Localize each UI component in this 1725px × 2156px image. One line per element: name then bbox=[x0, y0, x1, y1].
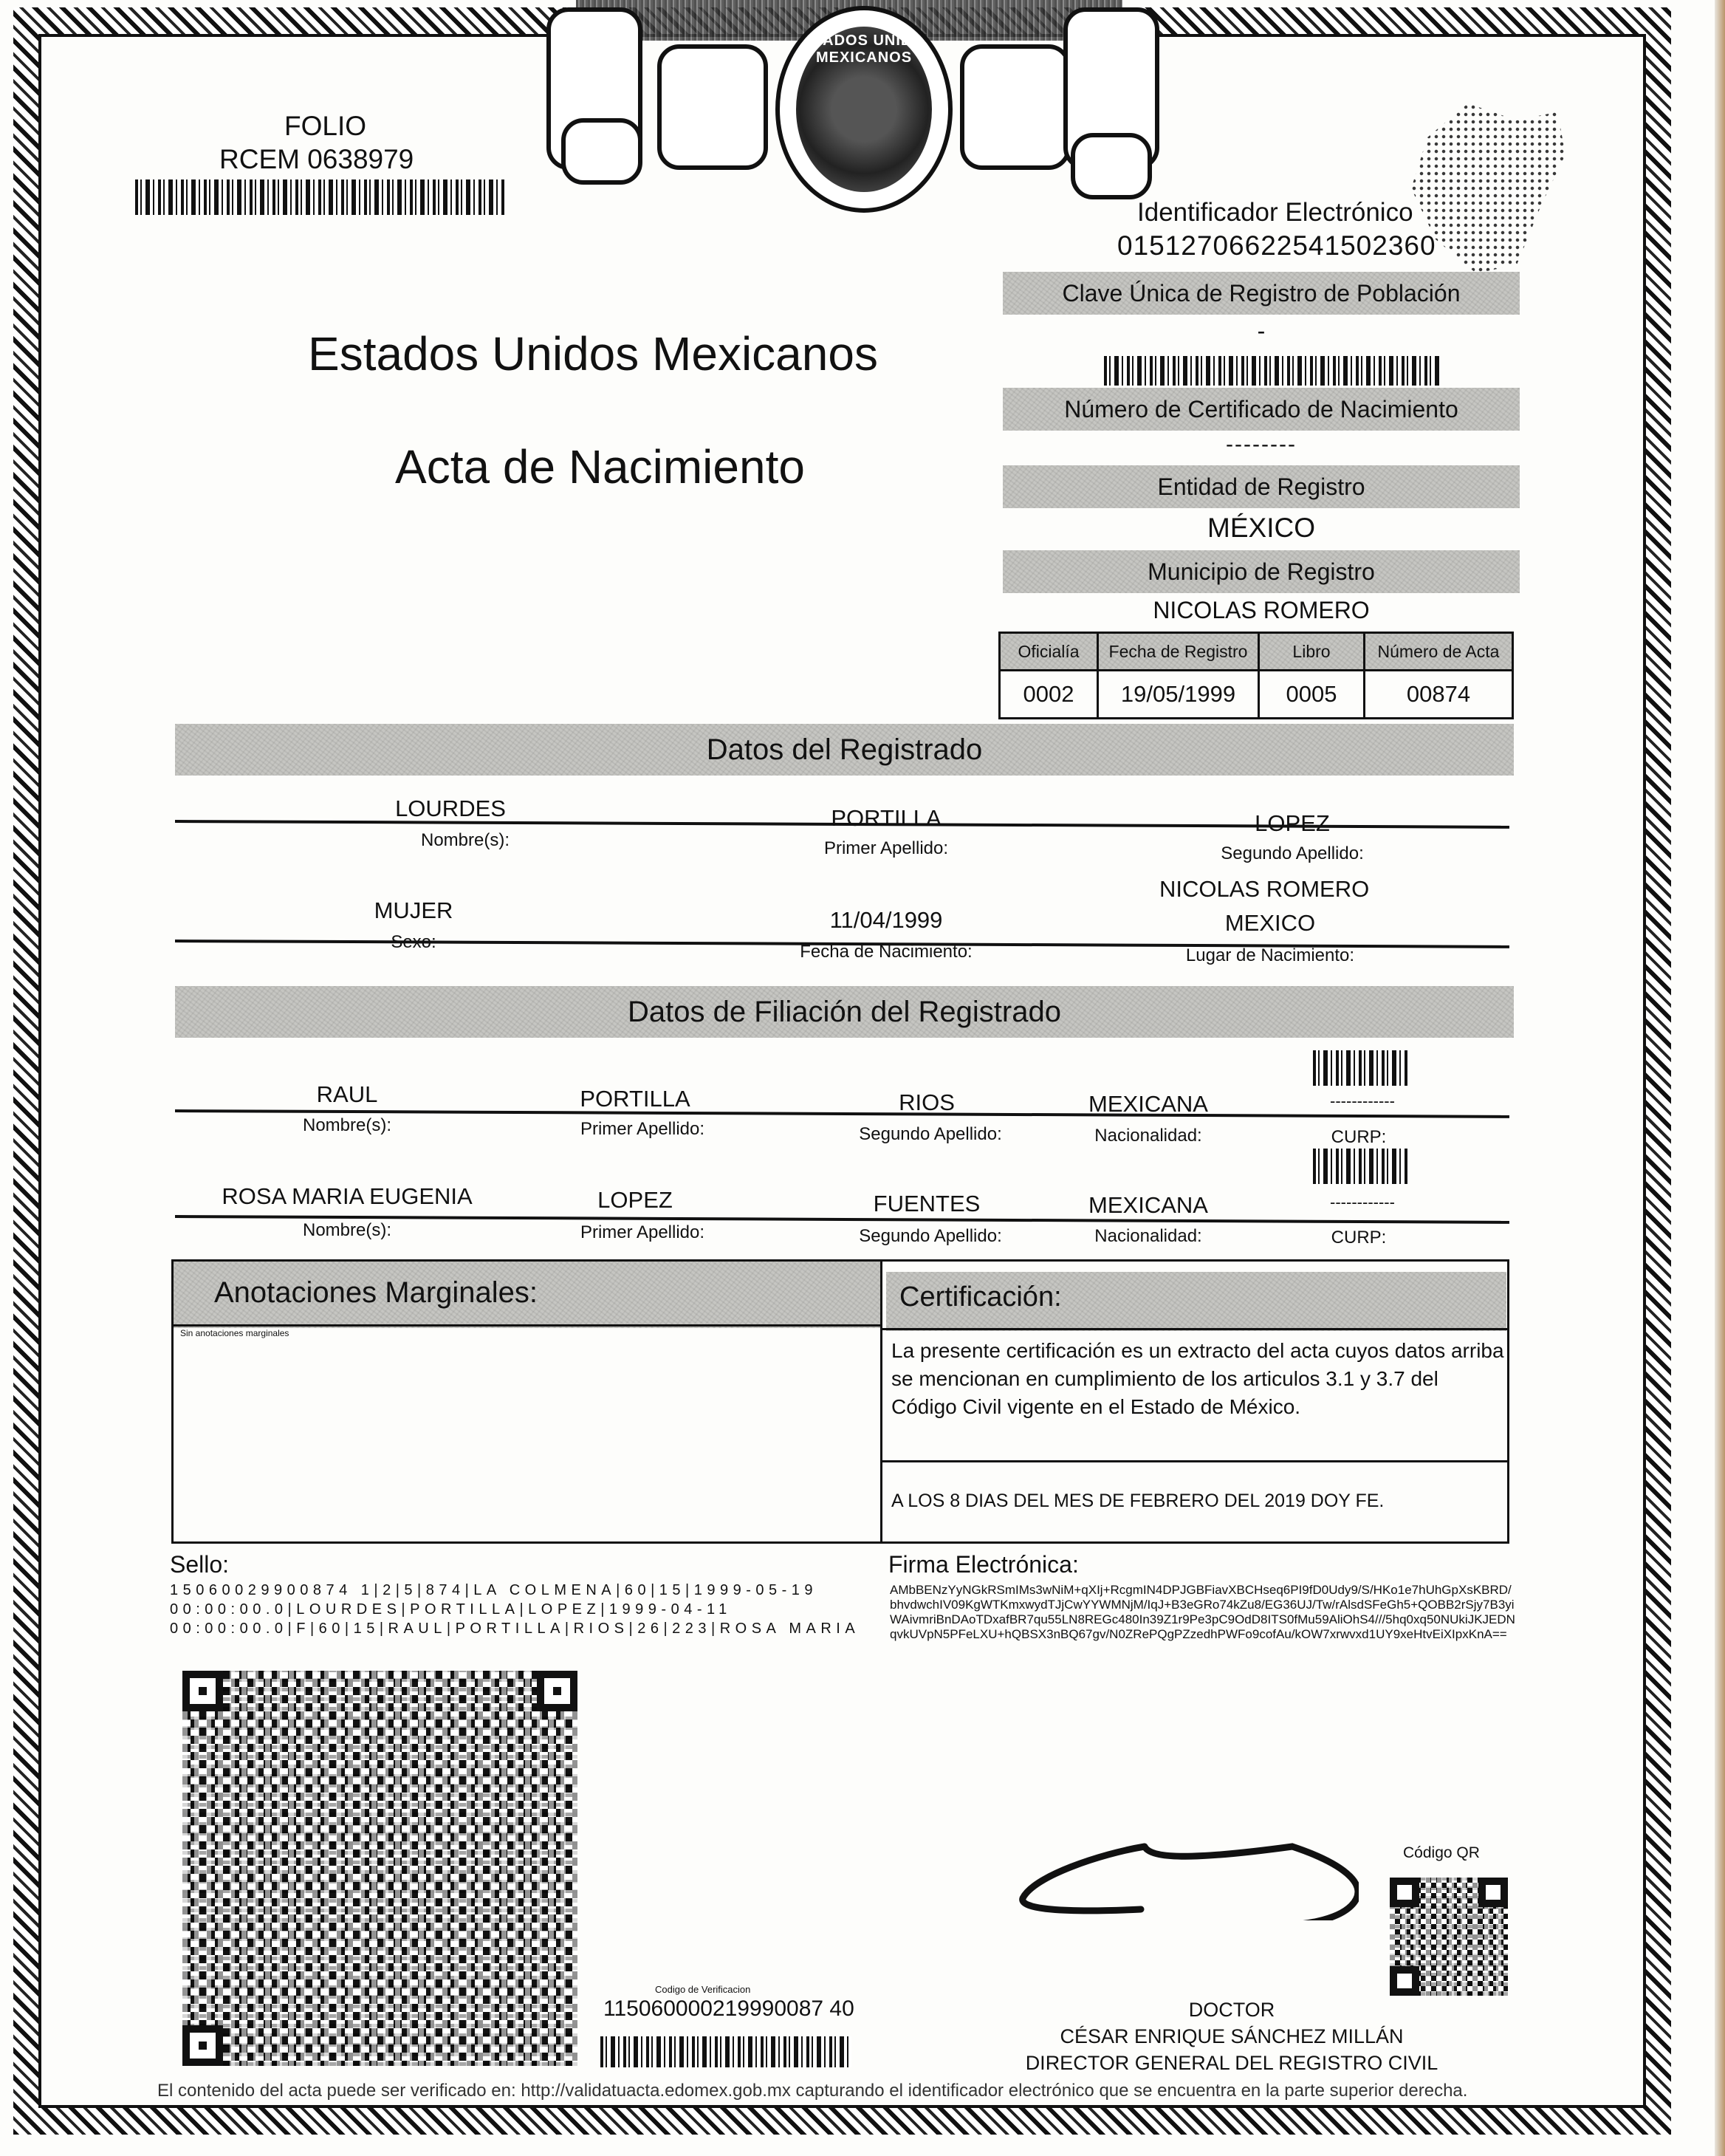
registration-table: Oficialía Fecha de Registro Libro Número… bbox=[998, 632, 1514, 719]
verificacion-label: Codigo de Verificacion bbox=[655, 1984, 750, 1995]
section-title: Datos de Filiación del Registrado bbox=[628, 996, 1061, 1029]
firmante-name: CÉSAR ENRIQUE SÁNCHEZ MILLÁN bbox=[973, 2025, 1490, 2048]
curp-header: Clave Única de Registro de Población bbox=[1003, 272, 1520, 315]
lugar-nacimiento-municipio: NICOLAS ROMERO bbox=[1159, 876, 1366, 903]
certificado-header: Número de Certificado de Nacimiento bbox=[1003, 388, 1520, 431]
sello-label: Sello: bbox=[170, 1551, 229, 1578]
municipio-label: Municipio de Registro bbox=[1148, 558, 1375, 586]
padre-curp-barcode bbox=[1313, 1050, 1409, 1086]
madre-primer-apellido: LOPEZ bbox=[576, 1187, 694, 1214]
ornament-hook-right bbox=[1071, 133, 1152, 199]
firma-text: AMbBENzYyNGkRSmIMs3wNiM+qXIj+RcgmIN4DPJG… bbox=[890, 1583, 1517, 1642]
handwritten-signature-icon bbox=[990, 1824, 1359, 1920]
verification-qr-code-icon bbox=[182, 1671, 577, 2066]
qr-finder bbox=[1478, 1878, 1508, 1907]
label-fecha-nacimiento: Fecha de Nacimiento: bbox=[783, 942, 990, 962]
rule bbox=[882, 1460, 1507, 1462]
municipio-value: NICOLAS ROMERO bbox=[1003, 597, 1520, 624]
label-lugar-nacimiento: Lugar de Nacimiento: bbox=[1167, 945, 1374, 966]
document-title: Acta de Nacimiento bbox=[395, 439, 805, 494]
madre-nacionalidad: MEXICANA bbox=[1074, 1192, 1222, 1219]
section-datos-registrado: Datos del Registrado bbox=[175, 724, 1514, 776]
certificacion-title: Certificación: bbox=[899, 1281, 1062, 1313]
verificacion-barcode bbox=[600, 2036, 851, 2067]
numero-acta-value: 00874 bbox=[1365, 671, 1513, 719]
entidad-header: Entidad de Registro bbox=[1003, 465, 1520, 508]
registrado-sexo: MUJER bbox=[347, 897, 480, 924]
entidad-label: Entidad de Registro bbox=[1157, 473, 1365, 501]
oficialia-value: 0002 bbox=[1000, 671, 1098, 719]
libro-value: 0005 bbox=[1259, 671, 1365, 719]
anotaciones-title: Anotaciones Marginales: bbox=[214, 1276, 538, 1310]
desk-edge bbox=[1715, 0, 1725, 2156]
padre-label-primer-apellido: Primer Apellido: bbox=[561, 1119, 724, 1140]
header-numero-acta: Número de Acta bbox=[1365, 633, 1513, 671]
header-libro: Libro bbox=[1259, 633, 1365, 671]
sello-text: 15060029900874 1|2|5|874|LA COLMENA|60|1… bbox=[170, 1581, 871, 1638]
section-title: Datos del Registrado bbox=[707, 733, 983, 767]
qr-finder bbox=[1390, 1966, 1419, 1996]
madre-label-primer-apellido: Primer Apellido: bbox=[561, 1222, 724, 1243]
national-seal-header: ESTADOS UNIDOS MEXICANOS bbox=[532, 0, 1167, 214]
fecha-registro-value: 19/05/1999 bbox=[1098, 671, 1259, 719]
rule bbox=[174, 1324, 880, 1327]
firma-label: Firma Electrónica: bbox=[888, 1551, 1079, 1578]
padre-label-segundo-apellido: Segundo Apellido: bbox=[842, 1124, 1019, 1145]
label-segundo-apellido: Segundo Apellido: bbox=[1204, 843, 1381, 864]
header-oficialia: Oficialía bbox=[1000, 633, 1098, 671]
rule bbox=[882, 1328, 1507, 1330]
madre-label-segundo-apellido: Segundo Apellido: bbox=[842, 1226, 1019, 1247]
certificacion-date: A LOS 8 DIAS DEL MES DE FEBRERO DEL 2019… bbox=[891, 1491, 1384, 1512]
registration-table-row: 0002 19/05/1999 0005 00874 bbox=[1000, 671, 1513, 719]
certificado-value: -------- bbox=[1003, 432, 1520, 457]
small-qr-code-icon bbox=[1390, 1878, 1508, 1996]
label-sexo: Sexo: bbox=[354, 932, 473, 953]
box-divider bbox=[880, 1259, 882, 1544]
certificacion-text: La presente certificación es un extracto… bbox=[891, 1337, 1504, 1421]
qr-finder bbox=[537, 1671, 577, 1711]
padre-primer-apellido: PORTILLA bbox=[561, 1086, 709, 1112]
registrado-primer-apellido: PORTILLA bbox=[812, 805, 960, 832]
madre-label-nacionalidad: Nacionalidad: bbox=[1074, 1226, 1222, 1247]
madre-curp: ------------ bbox=[1307, 1193, 1418, 1212]
folio-barcode bbox=[135, 179, 504, 215]
ornament-fret-right bbox=[960, 44, 1071, 170]
label-primer-apellido: Primer Apellido: bbox=[805, 838, 967, 859]
madre-segundo-apellido: FUENTES bbox=[860, 1191, 993, 1217]
madre-label-curp: CURP: bbox=[1322, 1228, 1396, 1248]
padre-curp: ------------ bbox=[1307, 1092, 1418, 1111]
registrado-segundo-apellido: LOPEZ bbox=[1230, 810, 1355, 837]
footer-verification-note: El contenido del acta puede ser verifica… bbox=[157, 2080, 1560, 2102]
qr-finder bbox=[182, 1671, 223, 1711]
madre-curp-barcode bbox=[1313, 1149, 1409, 1184]
anotaciones-body: Sin anotaciones marginales bbox=[180, 1328, 289, 1338]
curp-label: Clave Única de Registro de Población bbox=[1063, 280, 1461, 307]
registration-table-header: Oficialía Fecha de Registro Libro Número… bbox=[1000, 633, 1513, 671]
lugar-nacimiento-estado: MEXICO bbox=[1204, 910, 1337, 937]
ornament-fret-left bbox=[657, 44, 768, 170]
madre-nombre: ROSA MARIA EUGENIA bbox=[199, 1183, 495, 1210]
registrado-fecha-nacimiento: 11/04/1999 bbox=[805, 907, 967, 934]
header-fecha-registro: Fecha de Registro bbox=[1098, 633, 1259, 671]
ornament-hook-left bbox=[561, 118, 642, 185]
firmante-role: DIRECTOR GENERAL DEL REGISTRO CIVIL bbox=[973, 2052, 1490, 2075]
qr-finder bbox=[182, 2025, 223, 2066]
madre-label-nombre: Nombre(s): bbox=[288, 1220, 406, 1241]
registrado-nombre: LOURDES bbox=[384, 795, 517, 822]
identificador-label: Identificador Electrónico bbox=[1137, 198, 1413, 227]
curp-value: - bbox=[1003, 318, 1520, 345]
folio-label: FOLIO bbox=[284, 111, 366, 142]
curp-barcode bbox=[1104, 356, 1440, 386]
identificador-value: 01512706622541502360 bbox=[1117, 230, 1436, 261]
folio-number: RCEM 0638979 bbox=[219, 144, 414, 175]
eagle-coat-of-arms-icon: ESTADOS UNIDOS MEXICANOS bbox=[775, 6, 953, 213]
padre-label-nombre: Nombre(s): bbox=[288, 1115, 406, 1136]
padre-label-nacionalidad: Nacionalidad: bbox=[1074, 1126, 1222, 1146]
firmante-title: DOCTOR bbox=[973, 1999, 1490, 2022]
country-title: Estados Unidos Mexicanos bbox=[308, 326, 878, 381]
padre-label-curp: CURP: bbox=[1322, 1127, 1396, 1148]
qr-label: Código QR bbox=[1403, 1844, 1480, 1862]
qr-finder bbox=[1390, 1878, 1419, 1907]
label-nombre: Nombre(s): bbox=[399, 830, 532, 851]
entidad-value: MÉXICO bbox=[1003, 513, 1520, 544]
padre-nombre: RAUL bbox=[288, 1081, 406, 1108]
verificacion-number: 115060000219990087 40 bbox=[603, 1996, 854, 2022]
certificado-label: Número de Certificado de Nacimiento bbox=[1064, 396, 1458, 423]
municipio-header: Municipio de Registro bbox=[1003, 550, 1520, 593]
section-datos-filiacion: Datos de Filiación del Registrado bbox=[175, 986, 1514, 1038]
